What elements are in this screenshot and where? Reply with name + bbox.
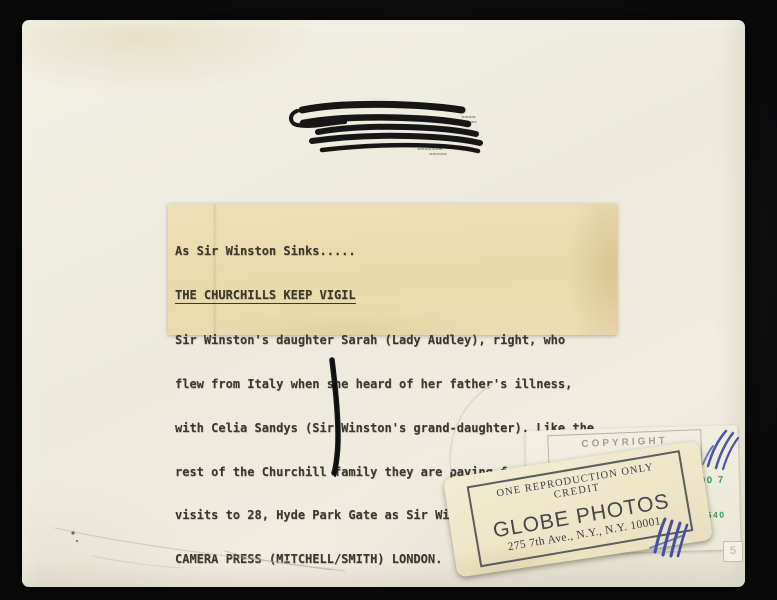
typed-caption-label: As Sir Winston Sinks..... THE CHURCHILLS… (168, 204, 617, 335)
corner-digit-chip: 5 (723, 541, 743, 562)
caption-line: Sir Winston's daughter Sarah (Lady Audle… (175, 333, 613, 348)
caption-line: flew from Italy when she heard of her fa… (175, 377, 613, 392)
caption-headline: THE CHURCHILLS KEEP VIGIL (175, 288, 613, 304)
caption-line: As Sir Winston Sinks..... (175, 244, 613, 259)
